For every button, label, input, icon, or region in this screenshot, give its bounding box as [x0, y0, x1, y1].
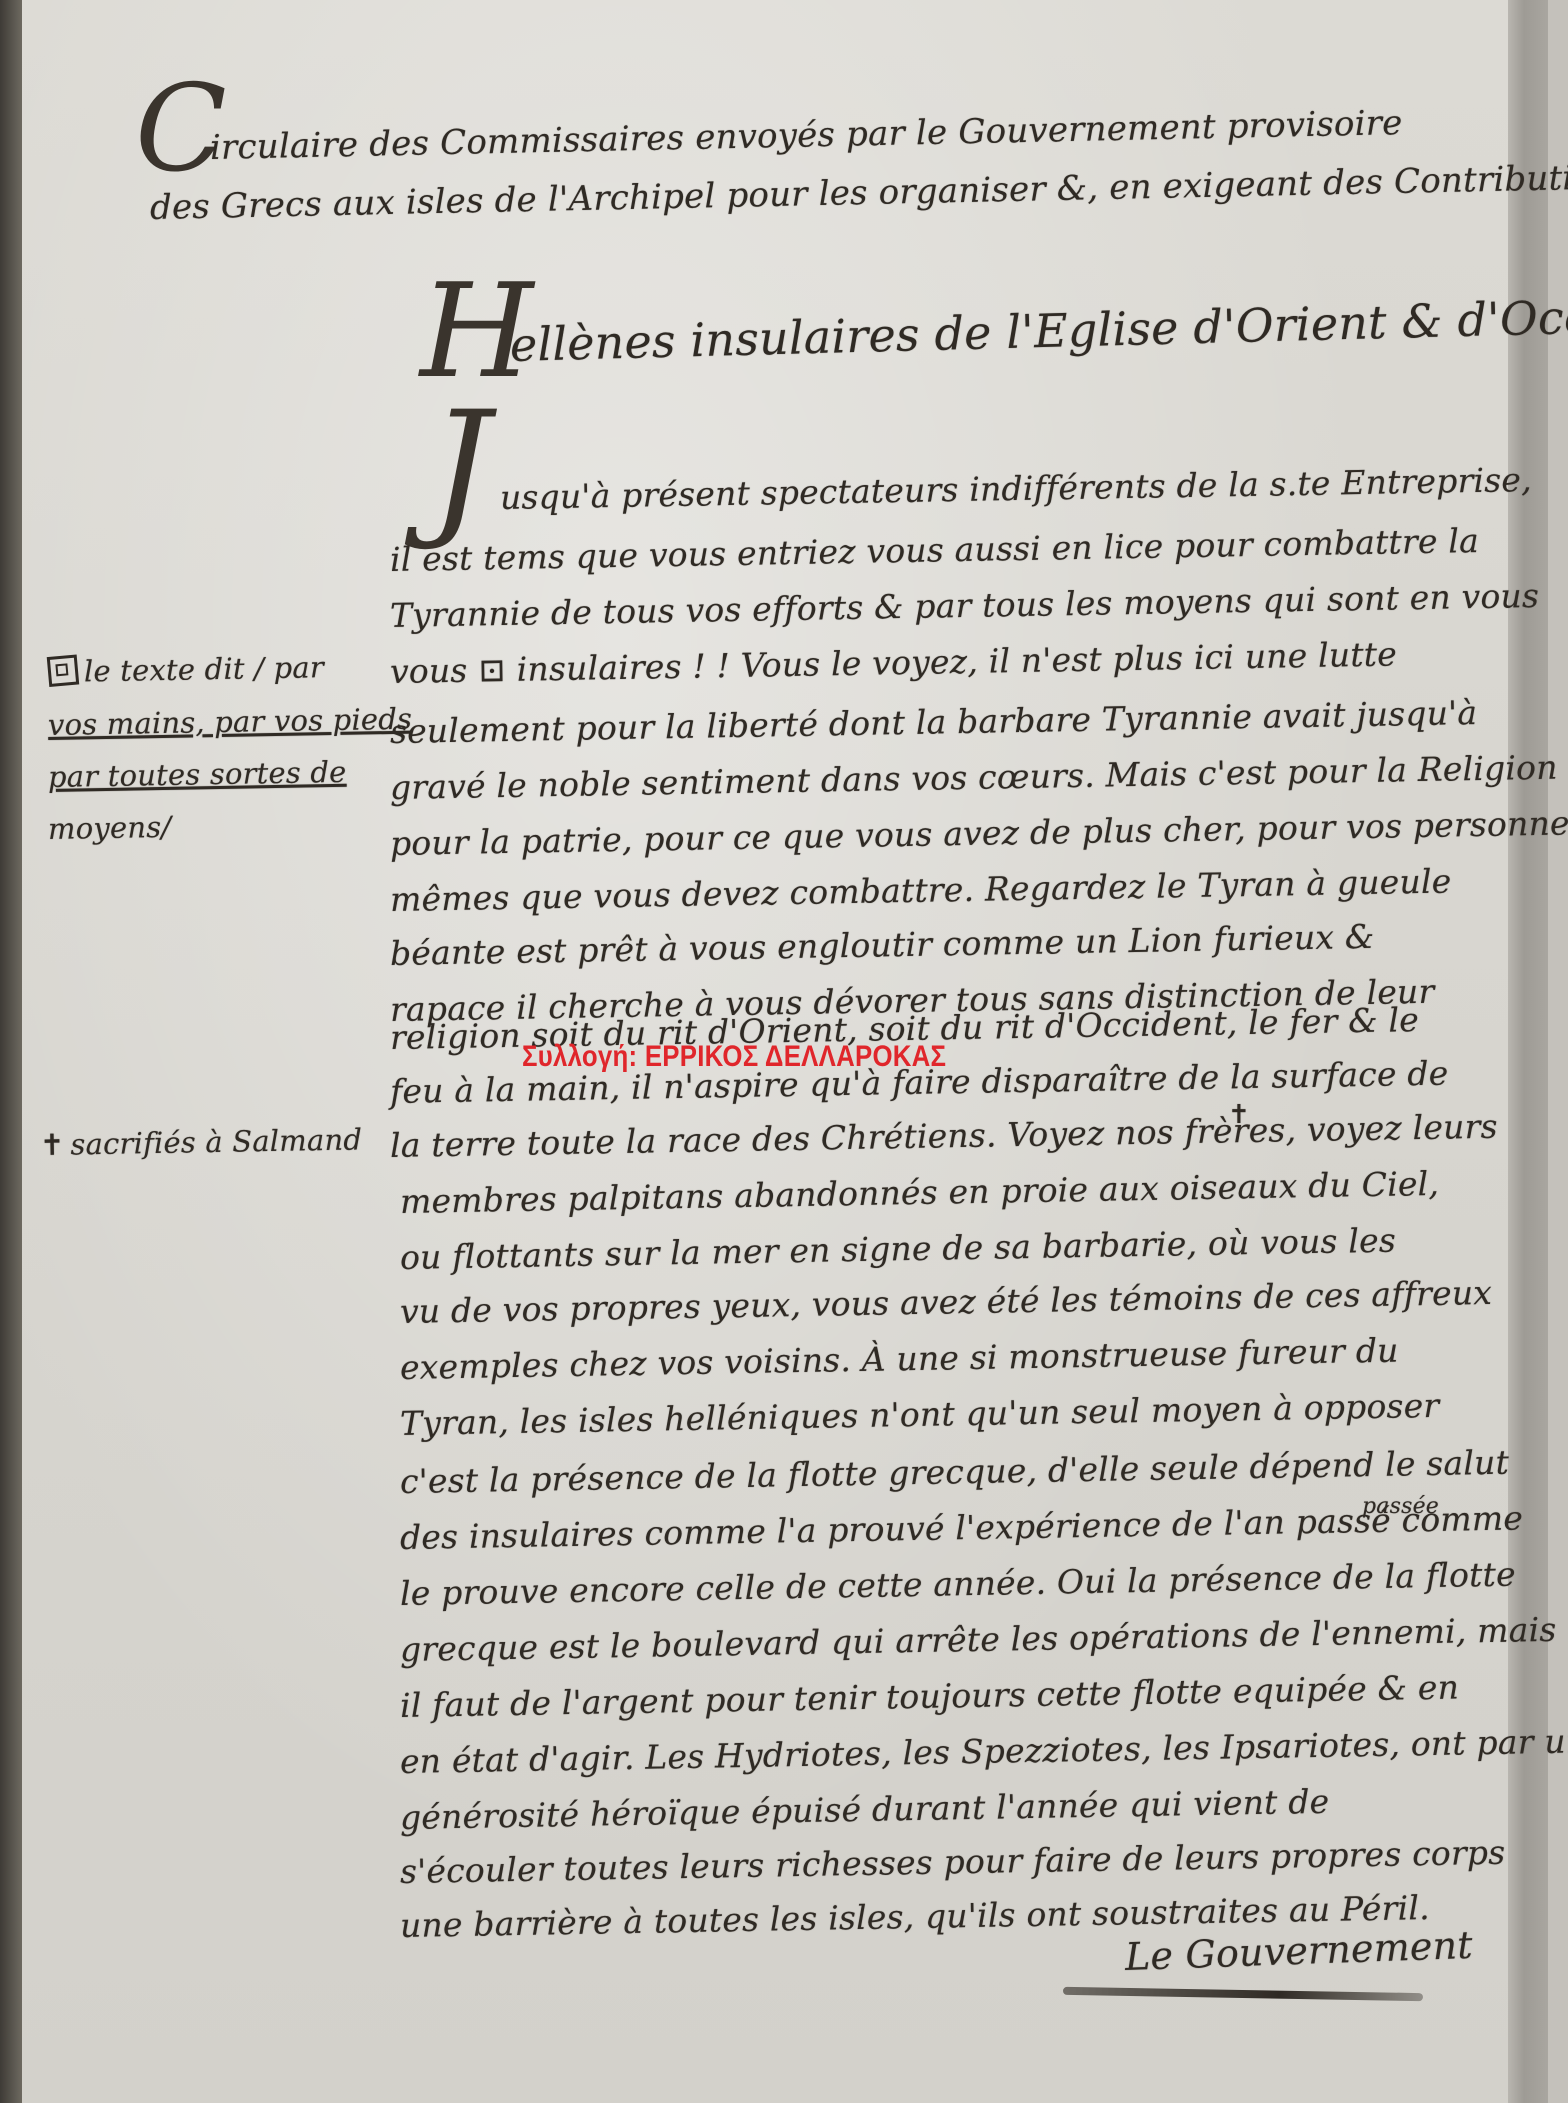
margin-note-line: par toutes sortes de	[48, 755, 347, 794]
margin-note-line: moyens/	[48, 810, 172, 846]
photo-left-border	[0, 0, 22, 2103]
body-initial: J	[430, 380, 490, 554]
cross-marker-icon: ✝	[40, 1128, 65, 1162]
margin-note-line: vos mains, par vos pieds	[48, 702, 413, 742]
box-reference-icon	[47, 654, 80, 687]
manuscript-photo: C irculaire des Commissaires envoyés par…	[0, 0, 1568, 2103]
cross-reference-mark: ✝	[1228, 1100, 1250, 1130]
interlinear-insertion: passée	[1362, 1494, 1439, 1519]
margin-note-line: le texte dit / par	[84, 650, 324, 688]
margin-note-line: sacrifiés à Salmand	[70, 1122, 362, 1161]
collection-watermark: Συλλογή: ΕΡΡΙΚΟΣ ΔΕΛΛΑΡΟΚΑΣ	[522, 1040, 946, 1074]
